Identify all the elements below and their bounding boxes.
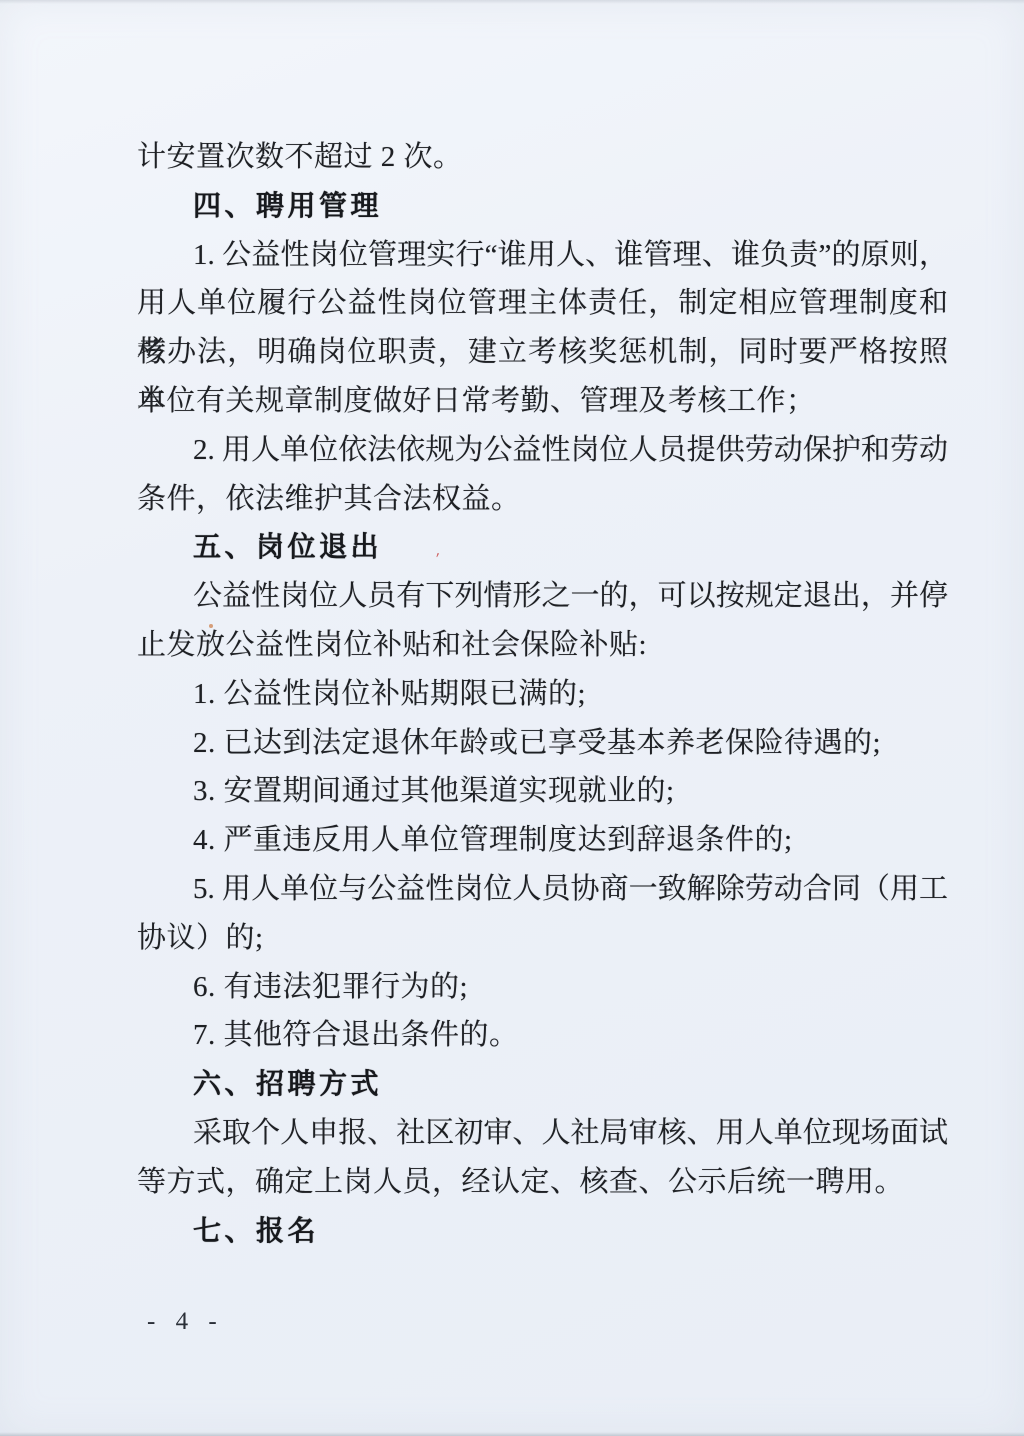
text-line: 用人单位履行公益性岗位管理主体责任，制定相应管理制度和考 <box>137 279 948 328</box>
text-line: 3. 安置期间通过其他渠道实现就业的; <box>137 767 948 816</box>
text-line: 核办法，明确岗位职责，建立考核奖惩机制，同时要严格按照本 <box>137 328 948 377</box>
text-line: 1. 公益性岗位补贴期限已满的; <box>137 670 948 719</box>
text-line: 计安置次数不超过 2 次。 <box>137 133 948 182</box>
section-heading: 七、报名 <box>137 1207 948 1256</box>
section-heading: 六、招聘方式 <box>137 1060 948 1109</box>
text-line: 2. 用人单位依法依规为公益性岗位人员提供劳动保护和劳动 <box>137 426 948 475</box>
document-lines: 计安置次数不超过 2 次。四、聘用管理1. 公益性岗位管理实行“谁用人、谁管理、… <box>137 133 948 1255</box>
scan-edge-artifact-bottom <box>0 1432 1024 1436</box>
scan-edge-artifact-top <box>0 0 1024 4</box>
section-heading: 四、聘用管理 <box>137 182 948 231</box>
scan-speck-artifact <box>209 624 213 628</box>
text-line: 2. 已达到法定退休年龄或已享受基本养老保险待遇的; <box>137 719 948 768</box>
text-line: 止发放公益性岗位补贴和社会保险补贴: <box>137 621 948 670</box>
text-line: 4. 严重违反用人单位管理制度达到辞退条件的; <box>137 816 948 865</box>
scanned-document-page: 计安置次数不超过 2 次。四、聘用管理1. 公益性岗位管理实行“谁用人、谁管理、… <box>0 0 1024 1436</box>
section-heading: 五、岗位退出 <box>137 523 948 572</box>
text-line: 公益性岗位人员有下列情形之一的，可以按规定退出，并停 <box>137 572 948 621</box>
page-number: - 4 - <box>147 1308 224 1336</box>
text-line: 采取个人申报、社区初审、人社局审核、用人单位现场面试 <box>137 1109 948 1158</box>
text-line: 1. 公益性岗位管理实行“谁用人、谁管理、谁负责”的原则， <box>137 231 948 280</box>
text-line: 5. 用人单位与公益性岗位人员协商一致解除劳动合同（用工 <box>137 865 948 914</box>
text-line: 6. 有违法犯罪行为的; <box>137 963 948 1012</box>
text-line: 协议）的; <box>137 914 948 963</box>
text-line: 单位有关规章制度做好日常考勤、管理及考核工作； <box>137 377 948 426</box>
text-line: 等方式，确定上岗人员，经认定、核查、公示后统一聘用。 <box>137 1158 948 1207</box>
text-line: 条件，依法维护其合法权益。 <box>137 475 948 524</box>
text-line: 7. 其他符合退出条件的。 <box>137 1011 948 1060</box>
